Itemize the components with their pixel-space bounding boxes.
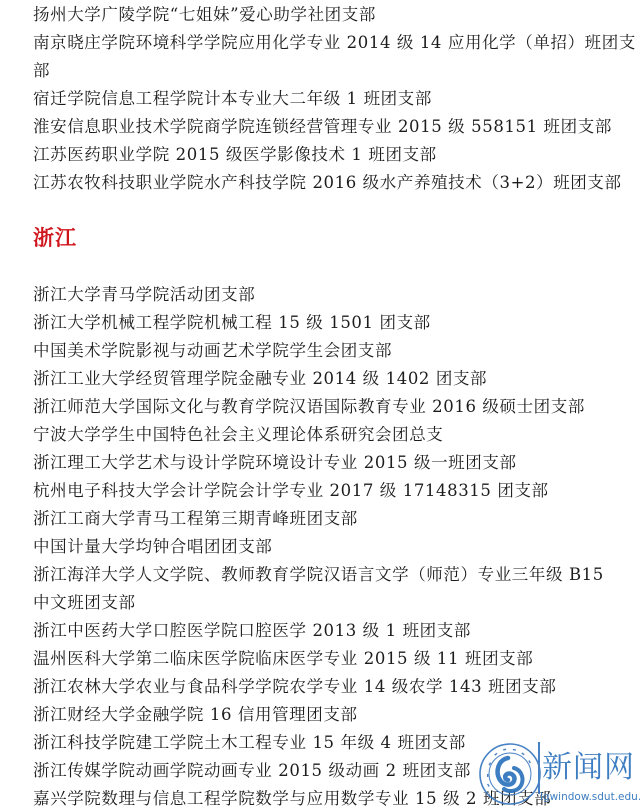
list-item: 浙江中医药大学口腔医学院口腔医学 2013 级 1 班团支部: [33, 621, 471, 641]
list-item: 浙江大学青马学院活动团支部: [33, 285, 255, 305]
watermark-url: lgwindow.sdut.edu.cn: [540, 790, 640, 804]
list-item: 浙江海洋大学人文学院、教师教育学院汉语言文学（师范）专业三年级 B15: [33, 565, 604, 585]
list-item: 中文班团支部: [33, 593, 136, 613]
watermark-divider: [538, 742, 540, 794]
list-item: 江苏医药职业学院 2015 级医学影像技术 1 班团支部: [33, 145, 437, 165]
list-item: 杭州电子科技大学会计学院会计学专业 2017 级 17148315 团支部: [33, 481, 549, 501]
list-item: 浙江工商大学青马工程第三期青峰班团支部: [33, 509, 358, 529]
list-item: 部: [33, 61, 50, 81]
list-item: 宁波大学学生中国特色社会主义理论体系研究会团总支: [33, 425, 443, 445]
section-heading-zhejiang: 浙江: [33, 225, 77, 251]
list-item: 中国计量大学均钟合唱团团支部: [33, 537, 272, 557]
list-item: 浙江工业大学经贸管理学院金融专业 2014 级 1402 团支部: [33, 369, 487, 389]
list-item: 中国美术学院影视与动画艺术学院学生会团支部: [33, 341, 392, 361]
university-seal-icon: [478, 742, 542, 806]
list-item: 嘉兴学院数理与信息工程学院数学与应用数学专业 15 级 2 班团支部: [33, 789, 551, 809]
list-item: 温州医科大学第二临床医学院临床医学专业 2015 级 11 班团支部: [33, 649, 533, 669]
list-item: 浙江大学机械工程学院机械工程 15 级 1501 团支部: [33, 313, 431, 333]
list-item: 宿迁学院信息工程学院计本专业大二年级 1 班团支部: [33, 89, 432, 109]
list-item: 浙江理工大学艺术与设计学院环境设计专业 2015 级一班团支部: [33, 453, 517, 473]
list-item: 江苏农牧科技职业学院水产科技学院 2016 级水产养殖技术（3+2）班团支部: [33, 173, 622, 193]
list-item: 浙江传媒学院动画学院动画专业 2015 级动画 2 班团支部: [33, 761, 471, 781]
list-item: 淮安信息职业技术学院商学院连锁经营管理专业 2015 级 558151 班团支部: [33, 117, 612, 137]
list-item: 南京晓庄学院环境科学学院应用化学专业 2014 级 14 应用化学（单招）班团支: [33, 33, 636, 53]
list-item: 浙江科技学院建工学院土木工程专业 15 年级 4 班团支部: [33, 733, 466, 753]
watermark-title: 新闻网: [542, 750, 635, 786]
list-item: 浙江农林大学农业与食品科学学院农学专业 14 级农学 143 班团支部: [33, 677, 556, 697]
list-item: 浙江师范大学国际文化与教育学院汉语国际教育专业 2016 级硕士团支部: [33, 397, 585, 417]
list-item: 浙江财经大学金融学院 16 信用管理团支部: [33, 705, 358, 725]
list-item: 扬州大学广陵学院“七姐妹”爱心助学社团支部: [33, 5, 376, 25]
watermark: 新闻网 lgwindow.sdut.edu.cn: [476, 740, 640, 810]
